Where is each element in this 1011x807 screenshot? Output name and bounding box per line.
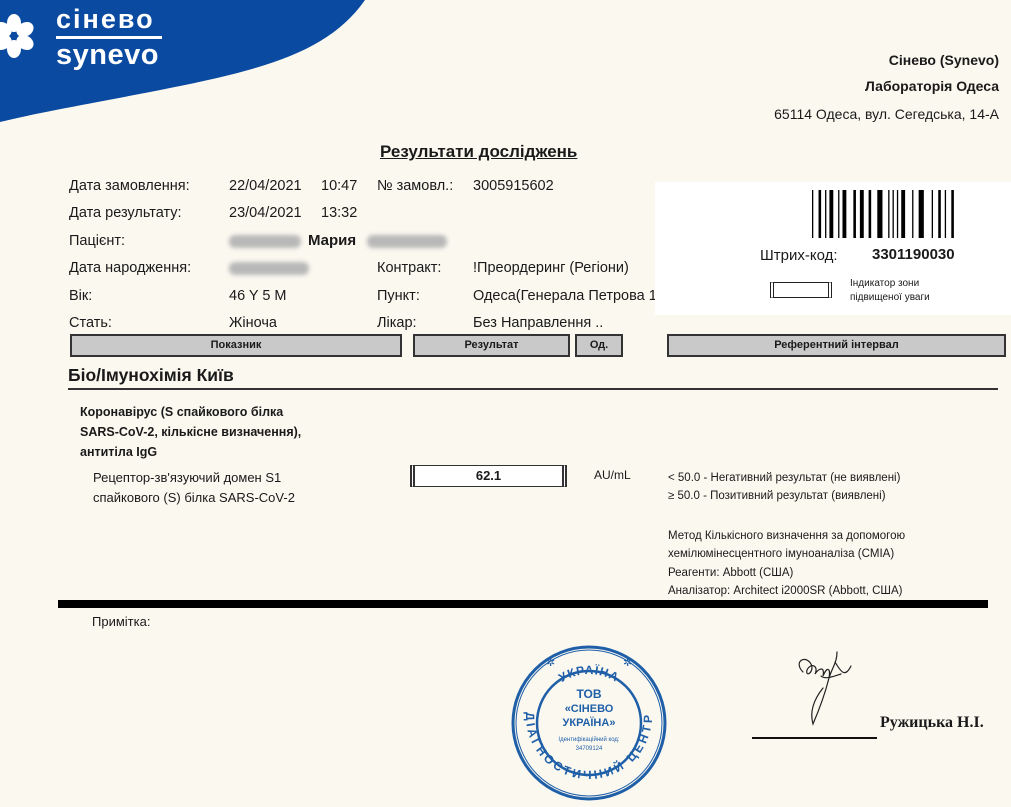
signature-line xyxy=(752,737,877,739)
stamp-top-arc: УКРАЇНА xyxy=(556,662,622,685)
patient-surname-redacted xyxy=(229,235,301,248)
stamp-star-icon: ✲ xyxy=(546,657,555,669)
report-title: Результати досліджень xyxy=(380,142,577,162)
stamp-star-icon: ✲ xyxy=(623,657,632,669)
lab-city: Лабораторія Одеса xyxy=(865,78,999,94)
age-value: 46 Y 5 M xyxy=(229,288,287,304)
order-date-label: Дата замовлення: xyxy=(69,178,190,194)
table-end-divider xyxy=(58,600,988,608)
result-unit: AU/mL xyxy=(594,468,631,482)
patient-first-name: Мария xyxy=(308,232,356,249)
section-title: Біо/Імунохімія Київ xyxy=(68,365,234,386)
dob-redacted xyxy=(229,262,309,275)
reference-negative: < 50.0 - Негативний результат (не виявле… xyxy=(668,472,900,484)
stamp-line-3: УКРАЇНА» xyxy=(563,716,616,729)
column-header-result: Результат xyxy=(413,334,570,357)
doctor-value: Без Направлення .. xyxy=(473,315,603,331)
signer-name: Ружицька Н.І. xyxy=(880,714,984,732)
patient-label: Пацієнт: xyxy=(69,233,125,249)
result-date: 23/04/2021 xyxy=(229,205,302,221)
contract-label: Контракт: xyxy=(377,260,441,276)
barcode-image xyxy=(812,190,960,238)
test-subtitle-line: Рецептор-зв'язуючий домен S1 xyxy=(93,468,393,488)
test-subtitle: Рецептор-зв'язуючий домен S1 спайкового … xyxy=(93,468,393,508)
analyzer-line: Аналізатор: Architect i2000SR (Abbott, С… xyxy=(668,585,902,597)
sex-label: Стать: xyxy=(69,315,112,331)
stamp-line-1: ТОВ xyxy=(576,687,601,701)
company-stamp: УКРАЇНА ДІАГНОСТИЧНИЙ ЦЕНТР ТОВ «СІНЕВО … xyxy=(510,644,668,802)
test-title-line: антитіла IgG xyxy=(80,442,380,462)
indicator-caption-line-2: підвищеної уваги xyxy=(850,291,930,305)
signature-scribble-icon xyxy=(785,648,865,728)
dob-label: Дата народження: xyxy=(69,260,191,276)
order-number-label: № замовл.: xyxy=(377,178,453,194)
stamp-code-label: Ідентифікаційний код: xyxy=(558,736,619,743)
order-date: 22/04/2021 xyxy=(229,178,302,194)
attention-zone-caption: Індикатор зони підвищеної уваги xyxy=(850,277,930,305)
reference-positive: ≥ 50.0 - Позитивний результат (виявлені) xyxy=(668,490,886,502)
order-time: 10:47 xyxy=(321,178,357,194)
age-label: Вік: xyxy=(69,288,92,304)
logo-cyrillic: сінево xyxy=(56,4,162,34)
lab-address: 65114 Одеса, вул. Сегедська, 14-А xyxy=(774,106,999,122)
stamp-code: 34709124 xyxy=(576,746,603,752)
synevo-flower-logo-icon xyxy=(0,8,48,64)
column-header-indicator: Показник xyxy=(70,334,402,357)
column-header-reference: Референтний інтервал xyxy=(667,334,1006,357)
test-subtitle-line: спайкового (S) білка SARS-CoV-2 xyxy=(93,488,393,508)
patient-patronymic-redacted xyxy=(367,235,447,248)
point-label: Пункт: xyxy=(377,288,420,304)
svg-text:УКРАЇНА: УКРАЇНА xyxy=(556,662,622,685)
reagents-line: Реагенти: Abbott (США) xyxy=(668,567,793,579)
sex-value: Жіноча xyxy=(229,315,277,331)
indicator-caption-line-1: Індикатор зони xyxy=(850,277,930,291)
test-title: Коронавірус (S спайкового білка SARS-CoV… xyxy=(80,402,380,462)
method-line-2: хемілюмінесцентного імуноаналіза (CMIA) xyxy=(668,548,894,560)
test-title-line: SARS-CoV-2, кількісне визначення), xyxy=(80,422,380,442)
contract-value: !Преордеринг (Регіони) xyxy=(473,260,629,276)
doctor-label: Лікар: xyxy=(377,315,417,331)
column-header-unit: Од. xyxy=(575,334,623,357)
result-date-label: Дата результату: xyxy=(69,205,182,221)
lab-name: Сінево (Synevo) xyxy=(889,52,999,68)
result-value: 62.1 xyxy=(410,465,567,487)
method-line-1: Метод Кількісного визначення за допомого… xyxy=(668,530,905,542)
note-label: Примітка: xyxy=(92,614,150,629)
barcode-label: Штрих-код: xyxy=(760,247,838,264)
brand-logo: сінево synevo xyxy=(56,4,162,70)
order-number: 3005915602 xyxy=(473,178,554,194)
attention-zone-indicator xyxy=(770,282,832,298)
barcode-value: 3301190030 xyxy=(872,246,955,263)
test-title-line: Коронавірус (S спайкового білка xyxy=(80,402,380,422)
result-time: 13:32 xyxy=(321,205,357,221)
stamp-line-2: «СІНЕВО xyxy=(565,703,614,715)
section-divider xyxy=(68,388,998,390)
logo-latin: synevo xyxy=(56,40,162,70)
